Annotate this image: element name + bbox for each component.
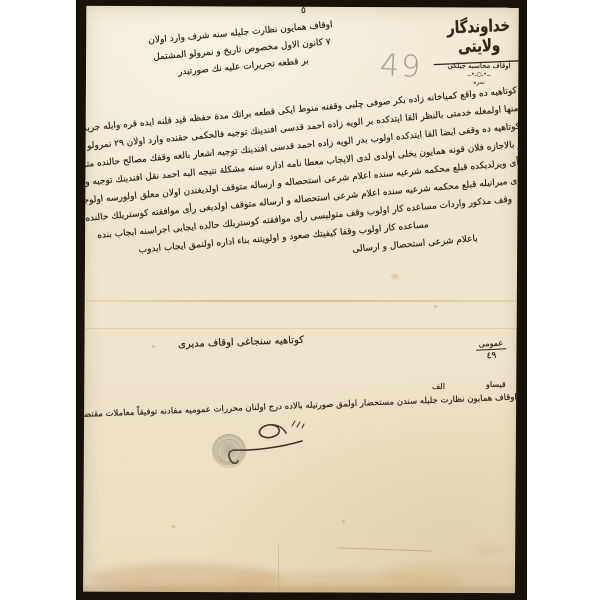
letterhead-divider-ornament: ــ•ـ○ـ•ــ bbox=[434, 71, 524, 78]
closing-line: اوقاف همايون نظارت جليله سندن مستحضار او… bbox=[93, 392, 517, 419]
margin-note-left: الف bbox=[432, 382, 445, 391]
received-annotation: اوقاف همايون نظارت جليله سنه شرف وارد او… bbox=[140, 16, 344, 84]
fold-crease-upper bbox=[82, 300, 521, 302]
addressee-line: كوتاهيه سنجاغى اوقاف مديرى bbox=[178, 335, 304, 350]
page-number-mark: ٥ bbox=[301, 6, 306, 16]
bottom-edge-stain bbox=[82, 586, 521, 594]
foxing-spot bbox=[391, 274, 399, 279]
page-background: ٥ اوقاف همايون نظارت جليله سنه شرف وارد … bbox=[0, 0, 600, 600]
round-ink-seal bbox=[212, 434, 246, 468]
pencil-annotation-49: 49 bbox=[379, 48, 423, 85]
faint-dotted-mark: ···· bbox=[118, 457, 134, 464]
foxing-spot bbox=[342, 520, 345, 523]
document-paper: ٥ اوقاف همايون نظارت جليله سنه شرف وارد … bbox=[82, 5, 521, 594]
foxing-spot bbox=[502, 125, 505, 128]
letterhead-calligraphy-title: خداوندگار ولايتى bbox=[433, 16, 526, 66]
reference-number-value: ٤٩ bbox=[475, 350, 507, 362]
body-text-block: كوتاهيه ده واقع كمياخانه زاده بكر صوفى چ… bbox=[76, 82, 527, 282]
margin-note-right: قيساو bbox=[486, 380, 506, 389]
document-photo: ٥ اوقاف همايون نظارت جليله سنه شرف وارد … bbox=[76, 0, 527, 600]
reference-number-word: عمومى bbox=[475, 338, 506, 351]
reference-number: عمومى ٤٩ bbox=[474, 330, 508, 362]
letterhead: خداوندگار ولايتى اوقاف محاسبه جيلكى ــ•ـ… bbox=[434, 23, 524, 86]
foxing-spot bbox=[152, 345, 155, 348]
fold-crease-lower bbox=[82, 328, 521, 329]
scratch-mark bbox=[337, 547, 432, 551]
water-stain bbox=[472, 545, 506, 555]
foxing-spot bbox=[172, 525, 175, 528]
foxing-spot bbox=[434, 305, 437, 308]
